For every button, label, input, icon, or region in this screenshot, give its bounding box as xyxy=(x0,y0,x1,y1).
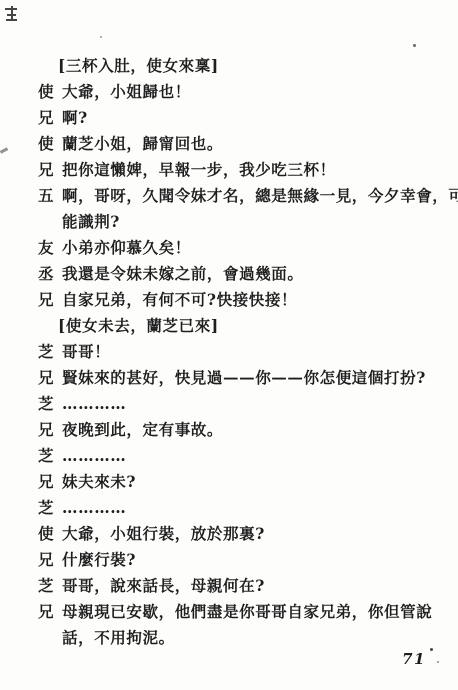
dialogue-text: 啊? xyxy=(62,108,88,127)
dialogue-text: ………… xyxy=(62,446,126,465)
speaker-label: 兄 xyxy=(38,547,62,573)
speaker-label: 兄 xyxy=(38,417,62,443)
speaker-label: 使 xyxy=(38,521,62,547)
dialogue-line: 芝………… xyxy=(0,495,458,521)
dialogue-line: 兄夜晚到此，定有事故。 xyxy=(0,417,458,443)
dialogue-text: 啊，哥呀，久聞令妹才名，總是無緣一見，今夕幸會，可 xyxy=(62,186,458,205)
stage-direction-text: [三杯入肚，使女來稟] xyxy=(58,56,219,75)
dialogue-line: 兄賢妹來的甚好，快見過——你——你怎便這個打扮? xyxy=(0,365,458,391)
dialogue-text: 什麼行裝? xyxy=(62,550,136,569)
dialogue-text: 能識荆? xyxy=(62,212,120,231)
dialogue-line: 使大爺，小姐歸也！ xyxy=(0,79,458,105)
speaker-label: 五 xyxy=(38,183,62,209)
dialogue-line: 兄妹夫來未? xyxy=(0,469,458,495)
dialogue-line: 兄自家兄弟，有何不可?快接快接！ xyxy=(0,287,458,313)
dialogue-text: 哥哥，說來話長，母親何在? xyxy=(62,576,265,595)
dialogue-text: 蘭芝小姐，歸甯回也。 xyxy=(62,134,223,153)
speaker-label: 兄 xyxy=(38,365,62,391)
dialogue-text: 小弟亦仰慕久矣！ xyxy=(62,238,191,257)
dialogue-text: 大爺，小姐歸也！ xyxy=(62,82,191,101)
page-number: 71 xyxy=(402,650,426,668)
dialogue-line: 兄把你這懶婢，早報一步，我少吃三杯！ xyxy=(0,157,458,183)
dialogue-text: 母親現已安歇，他們盡是你哥哥自家兄弟，你但管說 xyxy=(62,602,432,621)
dialogue-line: 五啊，哥呀，久聞令妹才名，總是無緣一見，今夕幸會，可 xyxy=(0,183,458,209)
dialogue-text: 話，不用拘泥。 xyxy=(62,628,175,647)
scanned-script-page: [三杯入肚，使女來稟]使大爺，小姐歸也！兄啊?使蘭芝小姐，歸甯回也。兄把你這懶婢… xyxy=(0,0,458,690)
dialogue-line: 使大爺，小姐行裝，放於那裏? xyxy=(0,521,458,547)
script-lines: [三杯入肚，使女來稟]使大爺，小姐歸也！兄啊?使蘭芝小姐，歸甯回也。兄把你這懶婢… xyxy=(0,53,458,651)
ink-speck xyxy=(100,36,102,38)
speaker-label: 友 xyxy=(38,235,62,261)
dialogue-text: 大爺，小姐行裝，放於那裏? xyxy=(62,524,265,543)
ink-speck xyxy=(437,661,439,663)
dialogue-continuation-line: 話，不用拘泥。 xyxy=(0,625,458,651)
speaker-label: 芝 xyxy=(38,443,62,469)
dialogue-line: 兄母親現已安歇，他們盡是你哥哥自家兄弟，你但管說 xyxy=(0,599,458,625)
dialogue-line: 兄啊? xyxy=(0,105,458,131)
dialogue-line: 芝………… xyxy=(0,391,458,417)
dialogue-line: 芝哥哥！ xyxy=(0,339,458,365)
dialogue-line: 使蘭芝小姐，歸甯回也。 xyxy=(0,131,458,157)
dialogue-text: ………… xyxy=(62,498,126,517)
speaker-label: 兄 xyxy=(38,105,62,131)
dialogue-text: 賢妹來的甚好，快見過——你——你怎便這個打扮? xyxy=(62,368,426,387)
ink-blot-corner xyxy=(5,6,18,21)
dialogue-text: 妹夫來未? xyxy=(62,472,136,491)
speaker-label: 芝 xyxy=(38,573,62,599)
dialogue-text: 把你這懶婢，早報一步，我少吃三杯！ xyxy=(62,160,336,179)
speaker-label: 芝 xyxy=(38,495,62,521)
speaker-label: 兄 xyxy=(38,469,62,495)
dialogue-text: 我還是令妹未嫁之前，會過幾面。 xyxy=(62,264,304,283)
dialogue-line: 丞我還是令妹未嫁之前，會過幾面。 xyxy=(0,261,458,287)
dialogue-line: 芝哥哥，說來話長，母親何在? xyxy=(0,573,458,599)
dialogue-line: 芝………… xyxy=(0,443,458,469)
dialogue-line: 友小弟亦仰慕久矣！ xyxy=(0,235,458,261)
dialogue-continuation-line: 能識荆? xyxy=(0,209,458,235)
speaker-label: 使 xyxy=(38,79,62,105)
stage-direction-line: [三杯入肚，使女來稟] xyxy=(0,53,458,79)
speaker-label: 使 xyxy=(38,131,62,157)
speaker-label: 芝 xyxy=(38,339,62,365)
dialogue-text: 夜晚到此，定有事故。 xyxy=(62,420,223,439)
dialogue-text: ………… xyxy=(62,394,126,413)
dialogue-text: 哥哥！ xyxy=(62,342,110,361)
dialogue-text: 自家兄弟，有何不可?快接快接！ xyxy=(62,290,297,309)
stage-direction-line: [使女未去，蘭芝已來] xyxy=(0,313,458,339)
speaker-label: 兄 xyxy=(38,599,62,625)
dialogue-line: 兄什麼行裝? xyxy=(0,547,458,573)
speaker-label: 兄 xyxy=(38,157,62,183)
speaker-label: 芝 xyxy=(38,391,62,417)
speaker-label: 丞 xyxy=(38,261,62,287)
speaker-label: 兄 xyxy=(38,287,62,313)
stage-direction-text: [使女未去，蘭芝已來] xyxy=(58,316,219,335)
ink-speck xyxy=(413,44,416,47)
